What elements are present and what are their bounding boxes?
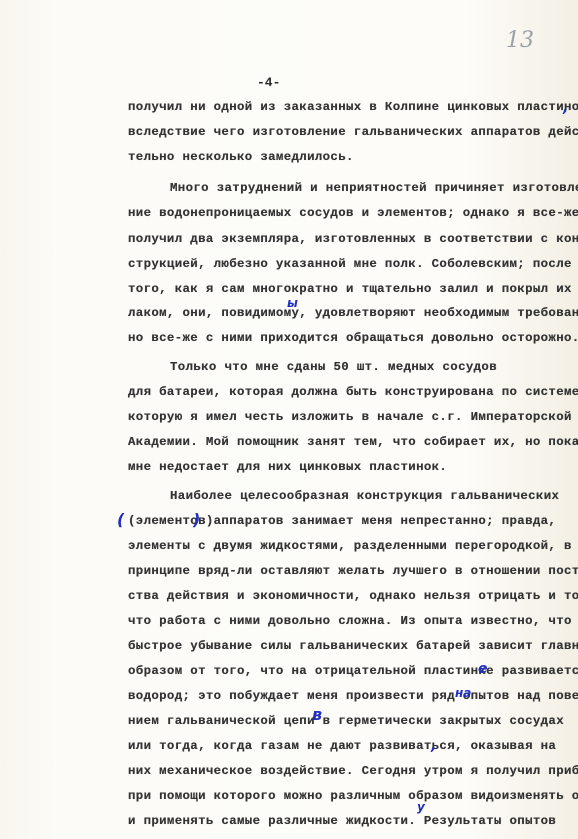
text-line: Академии. Мой помощник занят тем, что со…	[128, 435, 578, 449]
text-line: для батареи, которая должна быть констру…	[128, 385, 578, 399]
text-line: образом от того, что на отрицательной пл…	[128, 664, 578, 678]
text-line: ние водонепроницаемых сосудов и элементо…	[128, 206, 578, 220]
handwritten-correction: в	[312, 705, 322, 724]
text-line: лаком, они, повидимому, удовлетворяют не…	[128, 306, 578, 320]
text-line: водород; это побуждает меня произвести р…	[128, 689, 578, 703]
text-line: мне недостает для них цинковых пластинок…	[128, 460, 447, 474]
text-line: ства действия и экономичности, однако не…	[128, 589, 578, 603]
handwritten-bracket: )	[193, 510, 200, 529]
handwritten-correction: е	[478, 661, 488, 677]
text-line: и применять самые различные жидкости. Ре…	[128, 814, 556, 828]
handwritten-correction: ,	[431, 738, 436, 754]
handwritten-correction: на	[455, 686, 471, 700]
text-line: струкцией, любезно указанной мне полк. С…	[128, 257, 572, 271]
text-line: что работа с ними довольно сложна. Из оп…	[128, 614, 572, 628]
text-line: тельно несколько замедлилось.	[128, 150, 354, 164]
page-number: -4-	[257, 75, 280, 90]
text-line: или тогда, когда газам не дают развивать…	[128, 739, 556, 753]
text-line: вследствие чего изготовление гальваничес…	[128, 125, 578, 139]
paragraph-start: Наиболее целесообразная конструкция галь…	[170, 489, 559, 503]
text-line: нием гальванической цепи в герметически …	[128, 714, 564, 728]
text-line: элементы с двумя жидкостями, разделенным…	[128, 539, 572, 553]
archive-folio-number: 13	[506, 28, 534, 53]
text-line: быстрое убывание силы гальванических бат…	[128, 639, 578, 653]
text-line: получил два экземпляра, изготовленных в …	[128, 232, 578, 246]
text-line: них механическое воздействие. Сегодня ут…	[128, 764, 578, 778]
paragraph-start: Много затруднений и неприятностей причин…	[170, 181, 578, 195]
handwritten-correction: ы	[287, 296, 298, 310]
text-line: но все-же с ними приходится обращаться д…	[128, 331, 578, 345]
handwritten-correction: ,	[563, 100, 568, 116]
handwritten-bracket: (	[117, 510, 124, 529]
text-line: принципе вряд-ли оставляют желать лучшег…	[128, 564, 578, 578]
text-line: получил ни одной из заказанных в Колпине…	[128, 100, 578, 114]
handwritten-correction: у	[417, 800, 425, 814]
text-line: того, как я сам многократно и тщательно …	[128, 282, 572, 296]
paragraph-start: Только что мне сданы 50 шт. медных сосуд…	[170, 360, 497, 374]
text-line: которую я имел честь изложить в начале с…	[128, 410, 572, 424]
text-line: при помощи которого можно различным обра…	[128, 789, 578, 803]
document-page: 13 -4- получил ни одной из заказанных в …	[0, 0, 578, 839]
